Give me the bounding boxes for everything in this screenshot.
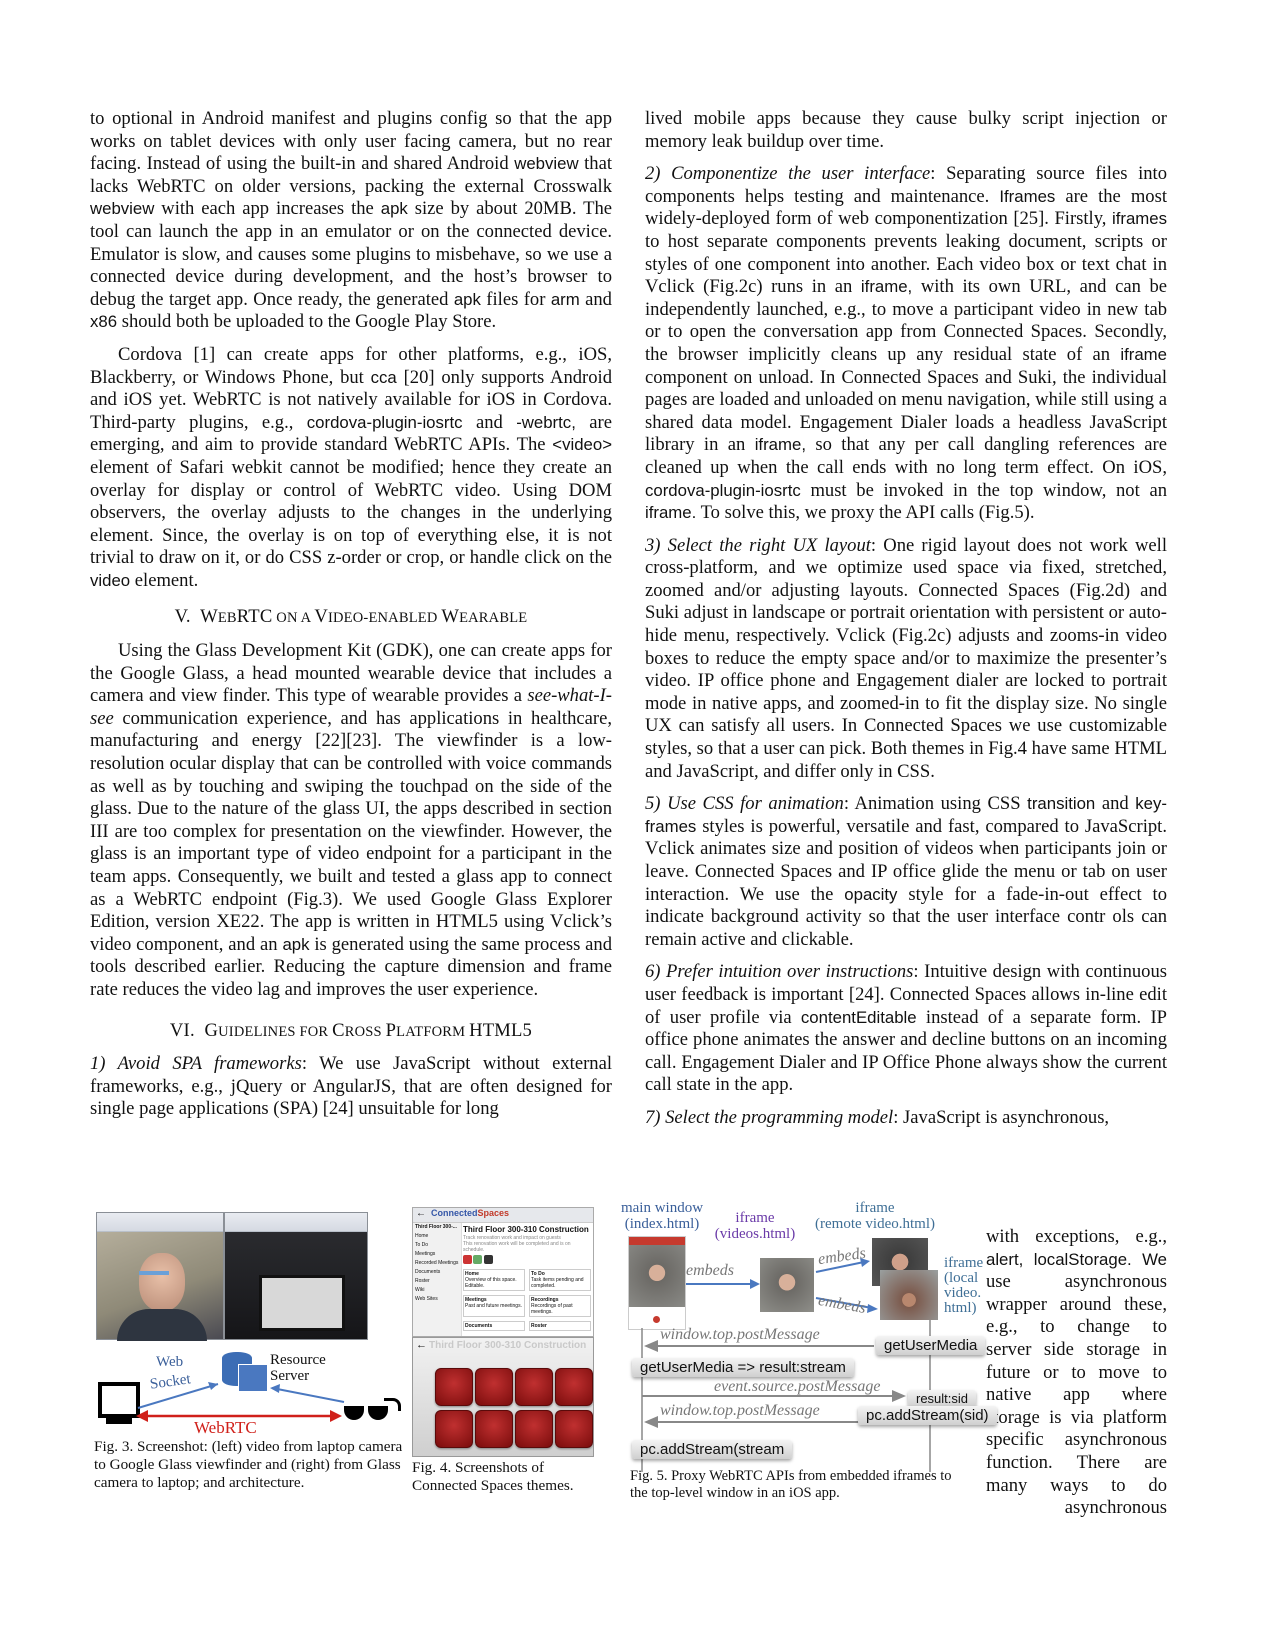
figure-5: main window (index.html) iframe (videos.… — [614, 1200, 984, 1500]
menu-item[interactable]: Meetings — [415, 1250, 461, 1259]
guideline-5: 5) Use CSS for animation: Animation usin… — [645, 793, 1167, 951]
heading-text: eb — [218, 610, 237, 626]
text-line: e.g., to change to — [986, 1316, 1167, 1339]
paragraph-continued: lived mobile apps because they cause bul… — [645, 108, 1167, 153]
card[interactable]: MeetingsPast and future meetings. — [463, 1295, 525, 1317]
text-line: server side storage in — [986, 1339, 1167, 1362]
guideline-title: 2) Componentize the user interface — [645, 163, 930, 184]
card[interactable]: Documents — [463, 1321, 525, 1331]
theme-default-screenshot: ← ConnectedSpaces Third Floor 300-... Ho… — [412, 1207, 594, 1337]
webrtc-label: WebRTC — [194, 1418, 257, 1438]
code-term: Iframes — [999, 187, 1055, 206]
documents-tile-icon[interactable] — [435, 1410, 473, 1448]
back-arrow-icon[interactable]: ← — [416, 1208, 426, 1219]
text: lived mobile apps because they cause bul… — [645, 108, 1167, 152]
menu-item[interactable]: Home — [415, 1232, 461, 1241]
code-term: video — [90, 571, 130, 590]
code-term: cordova-plugin-iosrtc — [307, 413, 463, 432]
heading-text: W — [441, 606, 459, 627]
text: and — [476, 412, 503, 433]
glasses-icon — [344, 1402, 394, 1420]
text-line: native app where — [986, 1384, 1167, 1407]
heading-text: C — [332, 1020, 345, 1041]
menu-header: Third Floor 300-... — [415, 1223, 461, 1232]
code-term: cca — [371, 368, 397, 387]
todo-tile-icon[interactable] — [475, 1368, 513, 1406]
recorded-meetings-tile-icon[interactable] — [555, 1368, 593, 1406]
heading-text: W — [200, 606, 218, 627]
code-term: cordova-plugin-iosrtc — [645, 481, 801, 500]
text-line: asynchronous — [986, 1497, 1167, 1520]
code-term: iframe — [1120, 345, 1167, 364]
text: : Animation using CSS — [844, 793, 1021, 814]
text-line: future or to move to — [986, 1362, 1167, 1385]
message-label: window.top.postMessage — [660, 1326, 820, 1344]
heading-text: ross — [345, 1024, 386, 1040]
avatars — [463, 1255, 591, 1267]
card[interactable]: HomeOverview of this space. Editable. — [463, 1269, 525, 1291]
getusermedia-call: getUserMedia — [876, 1336, 985, 1355]
menu-item[interactable]: Recorded Meetings — [415, 1259, 461, 1268]
getusermedia-result: getUserMedia => result:stream — [632, 1358, 854, 1377]
card[interactable]: To DoTask items pending and completed. — [529, 1269, 591, 1291]
left-column: to optional in Android manifest and plug… — [90, 108, 612, 1131]
heading-text: P — [386, 1020, 397, 1041]
guideline-6: 6) Prefer intuition over instructions: I… — [645, 961, 1167, 1097]
guideline-title: 3) Select the right UX layout — [645, 535, 871, 556]
guideline-title: 5) Use CSS for animation — [645, 793, 844, 814]
figure-5-caption: Fig. 5. Proxy WebRTC APIs from embedded … — [630, 1468, 970, 1502]
code-term: x86 — [90, 312, 117, 331]
back-arrow-icon[interactable]: ← — [416, 1339, 427, 1351]
text: communication experience, and has applic… — [90, 708, 612, 955]
text: files for — [486, 289, 545, 310]
code-term: apk — [381, 199, 408, 218]
message-label: event.source.postMessage — [714, 1378, 880, 1396]
right-column: lived mobile apps because they cause bul… — [645, 108, 1167, 1140]
code-term: apk — [454, 290, 481, 309]
web-sites-tile-icon[interactable] — [555, 1410, 593, 1448]
heading-text: G — [205, 1020, 219, 1041]
space-title: Third Floor 300-310 Construction — [463, 1225, 591, 1235]
guideline-title: 7) Select the programming model — [645, 1107, 893, 1128]
code-term: arm — [551, 290, 580, 309]
heading-text: uidelines for — [218, 1024, 332, 1040]
addstream-sid-call: pc.addStream(sid) — [858, 1406, 997, 1425]
section-number: V. — [175, 606, 191, 627]
heading-text: RTC — [237, 606, 273, 627]
text: and — [1102, 793, 1129, 814]
code-term: transition — [1027, 794, 1095, 813]
text-line: wrapper around these, — [986, 1294, 1167, 1317]
heading-text: on a — [272, 610, 314, 626]
menu-item[interactable]: Roster — [415, 1277, 461, 1286]
text-line: specific asynchronous — [986, 1429, 1167, 1452]
guideline-title: 1) Avoid SPA frameworks — [90, 1053, 302, 1074]
side-menu: Third Floor 300-... Home To Do Meetings … — [413, 1223, 462, 1336]
meetings-tile-icon[interactable] — [515, 1368, 553, 1406]
guideline-2: 2) Componentize the user interface: Sepa… — [645, 163, 1167, 525]
text: : One rigid layout does not work well cr… — [645, 535, 1167, 782]
code-term: iframe. — [645, 503, 696, 522]
code-term: iframe, — [755, 435, 806, 454]
code-term: iframes — [1112, 209, 1167, 228]
heading-text: earable — [459, 610, 527, 626]
text: must be invoked in the top window, not a… — [810, 480, 1167, 501]
text: element of Safari webkit cannot be modif… — [90, 457, 612, 568]
text: and — [585, 289, 612, 310]
code-term: webview — [514, 154, 578, 173]
brand-spaces: Spaces — [478, 1208, 510, 1218]
space-title: Third Floor 300-310 Construction — [429, 1340, 586, 1351]
heading-text: ideo-enabled — [328, 610, 441, 626]
figure-4: ← ConnectedSpaces Third Floor 300-... Ho… — [412, 1207, 592, 1497]
card-desc: Task items pending and completed. — [531, 1277, 589, 1289]
guideline-3: 3) Select the right UX layout: One rigid… — [645, 535, 1167, 784]
home-tile-icon[interactable] — [435, 1368, 473, 1406]
embeds-label: embeds — [686, 1262, 734, 1280]
code-term: iframe, — [861, 277, 912, 296]
card-title: Documents — [465, 1323, 492, 1329]
heading-text: HTML5 — [469, 1020, 532, 1041]
code-term: opacity — [844, 885, 897, 904]
text-line: alert, localStorage. We — [986, 1249, 1167, 1272]
section-number: VI. — [170, 1020, 195, 1041]
guideline-7-wrap: with exceptions, e.g., alert, localStora… — [986, 1226, 1167, 1520]
text-line: use asynchronous — [986, 1271, 1167, 1294]
figure-4-caption: Fig. 4. Screenshots of Connected Spaces … — [412, 1459, 592, 1495]
guideline-title: 6) Prefer intuition over instructions — [645, 961, 913, 982]
text: element. — [135, 570, 199, 591]
text: with each app increases the — [161, 198, 374, 219]
brand-connected: Connected — [431, 1208, 478, 1218]
figure-3: Web Socket Resource Server WebRTC Fig. 3… — [94, 1212, 404, 1492]
guideline-7-lead: 7) Select the programming model: JavaScr… — [645, 1107, 1167, 1130]
content-area: Third Floor 300-310 Construction Track r… — [463, 1225, 591, 1331]
paragraph-android-packaging: to optional in Android manifest and plug… — [90, 108, 612, 334]
message-label: window.top.postMessage — [660, 1402, 820, 1420]
result-sid: result:sid — [908, 1390, 976, 1407]
card-desc: Recordings of past meetings. — [531, 1303, 589, 1315]
card[interactable]: Roster — [529, 1321, 591, 1331]
code-term: contentEditable — [801, 1008, 917, 1027]
code-term: -webrtc, — [516, 413, 576, 432]
card-title: Roster — [531, 1323, 547, 1329]
space-subtitle: This renovation work will be completed a… — [463, 1241, 591, 1253]
card-desc: Overview of this space. Editable. — [465, 1277, 523, 1289]
paragraph-cordova: Cordova [1] can create apps for other pl… — [90, 344, 612, 593]
card-desc: Past and future meetings. — [465, 1303, 523, 1309]
card-grid: HomeOverview of this space. Editable. To… — [463, 1269, 591, 1331]
code-term: apk — [282, 935, 309, 954]
text: To solve this, we proxy the API calls (F… — [701, 502, 1035, 523]
menu-item[interactable]: Wiki — [415, 1286, 461, 1295]
menu-item[interactable]: To Do — [415, 1241, 461, 1250]
heading-text: V — [314, 606, 328, 627]
roster-tile-icon[interactable] — [475, 1410, 513, 1448]
card[interactable]: RecordingsRecordings of past meetings. — [529, 1295, 591, 1317]
code-term: webview — [90, 199, 154, 218]
guideline-1: 1) Avoid SPA frameworks: We use JavaScri… — [90, 1053, 612, 1121]
text: : JavaScript is asynchronous, — [893, 1107, 1109, 1128]
theme-red-screenshot: ← Third Floor 300-310 Construction — [412, 1337, 594, 1457]
text: should both be uploaded to the Google Pl… — [122, 311, 496, 332]
app-header: ← ConnectedSpaces — [413, 1208, 593, 1223]
section-heading-v: V. WebRTC on a Video-enabled Wearable — [90, 606, 612, 630]
wiki-tile-icon[interactable] — [515, 1410, 553, 1448]
figure-3-caption: Fig. 3. Screenshot: (left) video from la… — [94, 1438, 404, 1492]
section-heading-vi: VI. Guidelines for Cross Platform HTML5 — [90, 1020, 612, 1044]
addstream-stream-call: pc.addStream(stream — [632, 1440, 792, 1459]
menu-item[interactable]: Documents — [415, 1268, 461, 1277]
code-term: <video> — [552, 435, 612, 454]
text-line: many ways to do — [986, 1475, 1167, 1498]
text-line: with exceptions, e.g., — [986, 1226, 1167, 1249]
paragraph-glass: Using the Glass Development Kit (GDK), o… — [90, 640, 612, 1002]
text-line: function. There are — [986, 1452, 1167, 1475]
heading-text: latform — [396, 1024, 469, 1040]
menu-item[interactable]: Web Sites — [415, 1295, 461, 1304]
text-line: storage is via platform — [986, 1407, 1167, 1430]
